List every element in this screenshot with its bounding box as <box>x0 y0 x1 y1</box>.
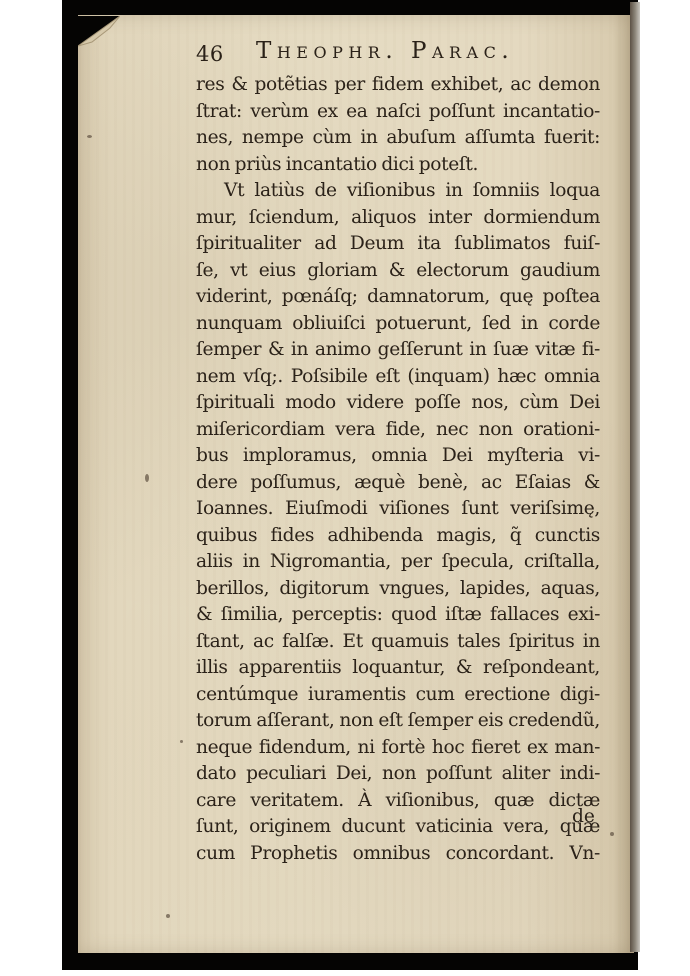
paper-blemish <box>180 740 183 743</box>
page-edge-shadow <box>630 2 640 952</box>
page-number: 46 <box>196 42 224 66</box>
text-line: dato peculiari Dei, non poſſunt aliter i… <box>196 761 600 787</box>
text-line: non priùs incantatio dici poteſt. <box>196 152 600 178</box>
text-line: miſericordiam vera fide, nec non oration… <box>196 417 600 443</box>
text-line: ſe, vt eius gloriam & electorum gaudium <box>196 258 600 284</box>
text-line: care veritatem. À viſionibus, quæ dictæ <box>196 788 600 814</box>
text-line: viderint, pœnáſq; damnatorum, quę poſtea <box>196 284 600 310</box>
text-line: centúmque iuramentis cum erectione digi- <box>196 682 600 708</box>
paper-blemish <box>610 832 614 836</box>
text-line: Ioannes. Eiuſmodi viſiones ſunt veriſsim… <box>196 496 600 522</box>
paragraph-start-line: Vt latiùs de viſionibus in ſomniis loqua <box>224 178 600 204</box>
text-line: ſtrat: verùm ex ea naſci poſſunt incanta… <box>196 99 600 125</box>
text-line: cum Prophetis omnibus concordant. Vn- <box>196 841 600 867</box>
text-line: ſpirituali modo videre poſſe nos, cùm De… <box>196 390 600 416</box>
text-line: torum aſſerant, non eſt ſemper eis crede… <box>196 708 600 734</box>
text-line: mur, ſciendum, aliquos inter dormiendum <box>196 205 600 231</box>
text-line: nes, nempe cùm in abuſum aſſumta fuerit: <box>196 125 600 151</box>
text-line: ſtant, ac falſæ. Et quamuis tales ſpirit… <box>196 629 600 655</box>
catchword: de <box>572 806 595 827</box>
text-line: illis apparentiis loquantur, & reſpondea… <box>196 655 600 681</box>
paper-blemish <box>166 914 170 918</box>
text-line: res & potẽtias per fidem exhibet, ac dem… <box>196 72 600 98</box>
paper-blemish <box>87 135 92 138</box>
text-line: aliis in Nigromantia, per ſpecula, criſt… <box>196 549 600 575</box>
text-line: ſunt, originem ducunt vaticinia vera, qu… <box>196 814 600 840</box>
text-line: neque fidendum, ni fortè hoc fieret ex m… <box>196 735 600 761</box>
text-line: dere poſſumus, æquè benè, ac Eſaias & <box>196 470 600 496</box>
text-line: bus imploramus, omnia Dei myſteria vi- <box>196 443 600 469</box>
paper-blemish <box>145 474 149 482</box>
text-line: nem vſq;. Poſsibile eſt (inquam) hæc omn… <box>196 364 600 390</box>
text-line: & ſimilia, perceptis: quod iſtæ fallaces… <box>196 602 600 628</box>
folded-corner-icon <box>78 16 120 50</box>
text-line: quibus fides adhibenda magis, q̃ cunctis <box>196 523 600 549</box>
text-line: ſpiritualiter ad Deum ita ſublimatos fui… <box>196 231 600 257</box>
text-line: nunquam obliuiſci potuerunt, ſed in cord… <box>196 311 600 337</box>
running-title: Theophr. Parac. <box>256 38 514 64</box>
text-line: berillos, digitorum vngues, lapides, aqu… <box>196 576 600 602</box>
text-line: ſemper & in animo geſſerunt in ſuæ vitæ … <box>196 337 600 363</box>
